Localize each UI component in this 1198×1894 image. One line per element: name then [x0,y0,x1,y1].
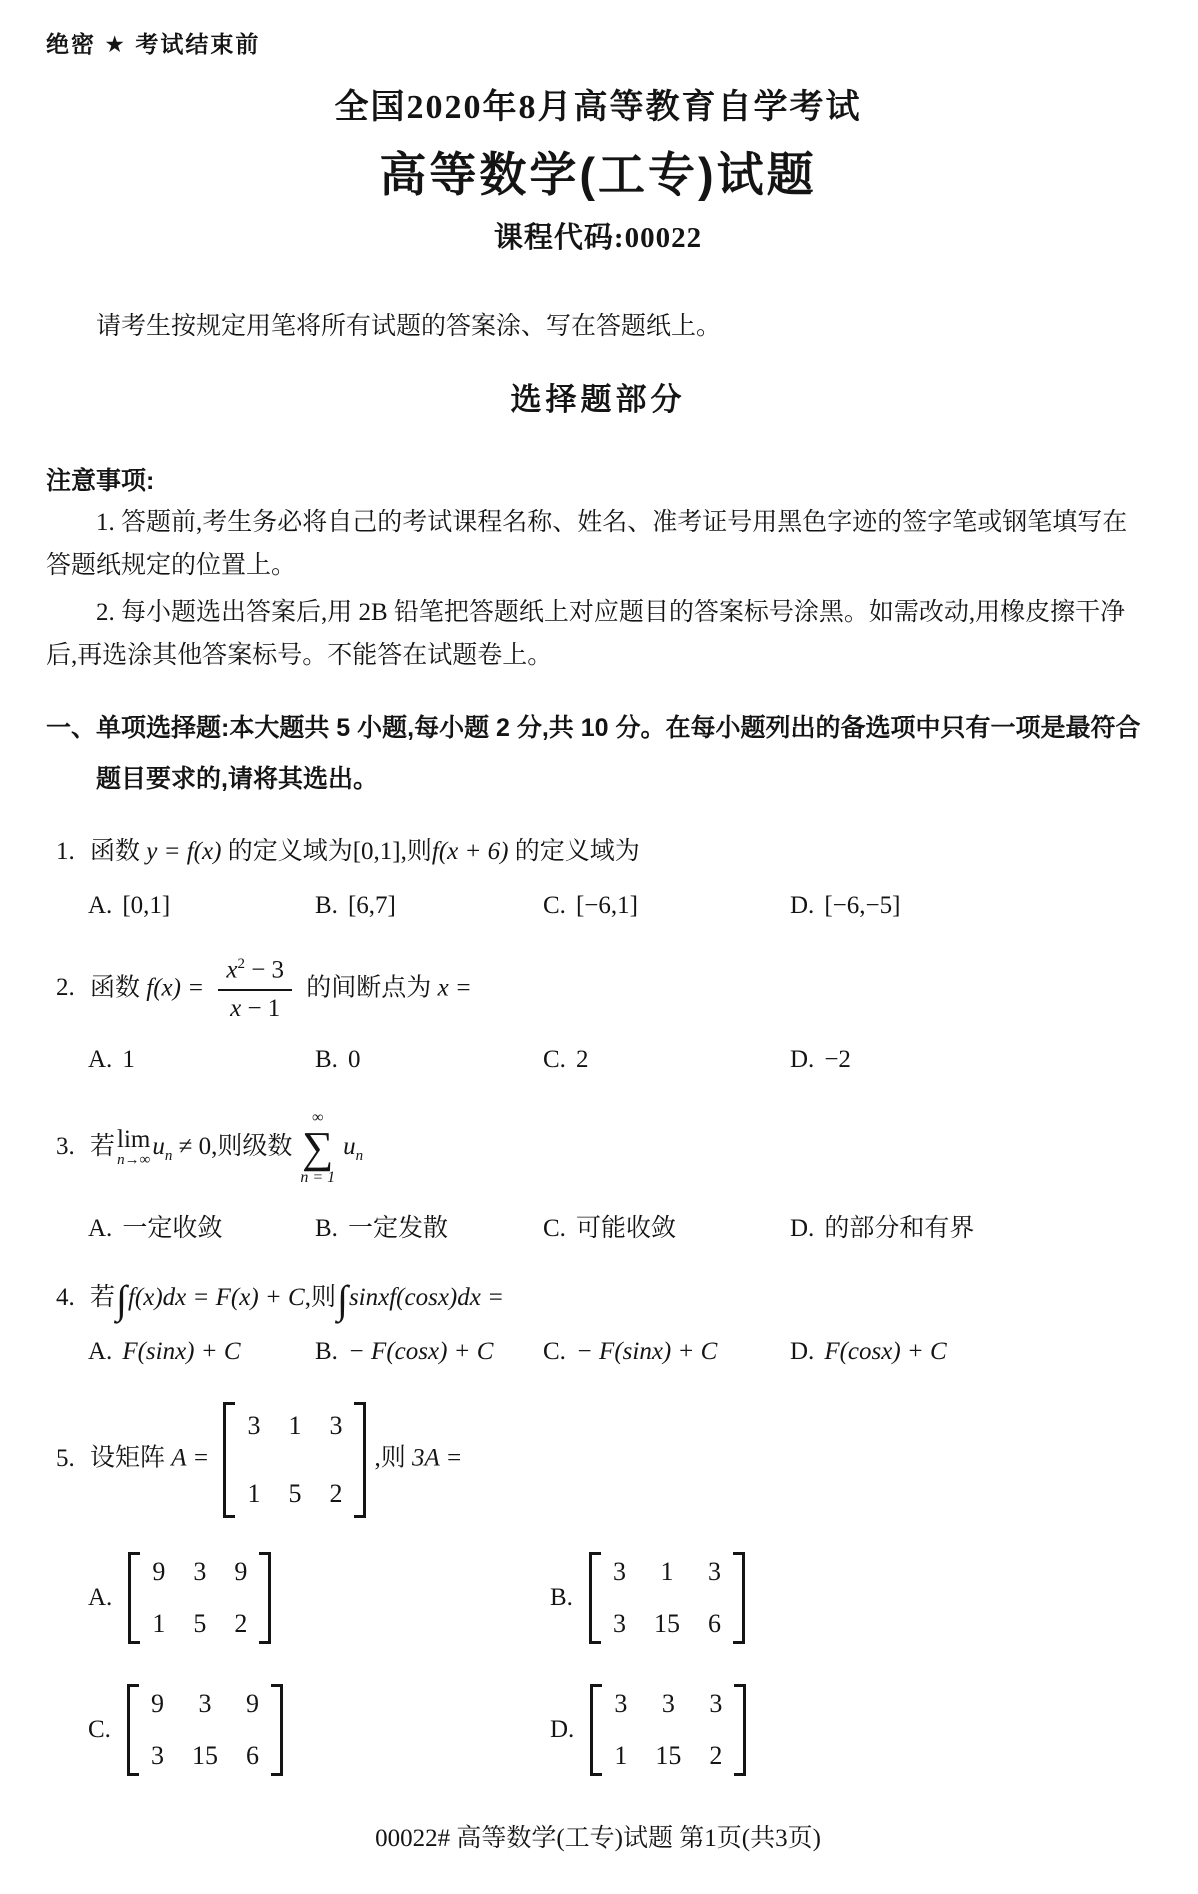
question-1-number: 1. [56,834,86,870]
variable: u [343,1133,356,1160]
matrix-cell: 6 [708,1609,721,1639]
question-2-option-a: A.1 [88,1046,315,1074]
stem-text: 的定义域为 [508,838,639,865]
matrix-left-bracket [128,1552,140,1644]
option-value: [−6,−5] [824,892,900,919]
summation-lower-limit: n = 1 [300,1170,335,1186]
question-4-option-a: A.F(sinx) + C [88,1338,315,1366]
matrix-grid: 3133156 [601,1552,733,1644]
question-2: 2.函数 f(x) = x2 − 3x − 1 的间断点为 x = A.1 B.… [46,956,1150,1074]
exponent: 2 [237,956,245,972]
question-4-number: 4. [56,1280,86,1316]
matrix-right-bracket [259,1552,271,1644]
stem-text: 的间断点为 [300,974,438,1001]
matrix-cell: 3 [247,1407,260,1445]
matrix-cell: 1 [614,1741,627,1771]
matrix-cell: 1 [152,1609,165,1639]
fraction-numerator: x2 − 3 [218,956,292,991]
matrix-right-bracket [271,1684,283,1776]
option-value: 一定收敛 [122,1215,222,1242]
math-expression: sinxf(cosx)dx = [349,1284,504,1311]
question-5-option-d: D. 3331152 [550,1684,1150,1776]
option-value: [0,1] [122,892,170,919]
exam-title: 全国2020年8月高等教育自学考试 [46,79,1150,128]
option-label: D. [790,1046,814,1073]
note-item-1: 1. 答题前,考生务必将自己的考试课程名称、姓名、准考证号用黑色字迹的签字笔或钢… [46,501,1150,587]
matrix-cell: 5 [193,1609,206,1639]
question-1-option-d: D.[−6,−5] [790,892,1150,920]
matrix-cell: 5 [288,1475,301,1513]
option-label: C. [543,1338,566,1365]
matrix-cell: 1 [288,1407,301,1445]
question-5-stem: 5.设矩阵 A = 313152,则 3A = [56,1402,1150,1517]
matrix-cell: 2 [234,1609,247,1639]
question-4-option-b: B.− F(cosx) + C [315,1338,543,1366]
variable-subscript: n [356,1148,364,1164]
question-2-option-c: C.2 [543,1046,790,1074]
stem-text: 若 [90,1284,115,1311]
option-value: 1 [122,1046,135,1073]
math-expression: x = [438,974,472,1001]
question-5-option-b: B. 3133156 [550,1552,1150,1644]
option-value: − F(sinx) + C [576,1338,717,1365]
option-matrix: 939152 [128,1552,271,1644]
question-1: 1.函数 y = f(x) 的定义域为[0,1],则f(x + 6) 的定义域为… [46,834,1150,920]
section-title: 选择题部分 [46,374,1150,419]
option-value: [6,7] [348,892,396,919]
option-value: 的部分和有界 [824,1215,974,1242]
question-1-options: A.[0,1] B.[6,7] C.[−6,1] D.[−6,−5] [88,892,1150,920]
matrix-cell: 3 [614,1689,627,1719]
question-3-options: A.一定收敛 B.一定发散 C.可能收敛 D.的部分和有界 [88,1208,1150,1244]
variable: x [226,956,237,983]
question-5-option-a: A. 939152 [88,1552,550,1644]
matrix-cell: 3 [151,1741,164,1771]
stem-text: 函数 [90,838,146,865]
matrix-cell: 3 [708,1557,721,1587]
paper-title: 高等数学(工专)试题 [46,138,1150,205]
option-value: F(sinx) + C [122,1338,240,1365]
question-4-options: A.F(sinx) + C B.− F(cosx) + C C.− F(sinx… [88,1338,1150,1366]
question-3-option-d: D.的部分和有界 [790,1208,1150,1244]
question-5-number: 5. [56,1441,86,1477]
question-3-number: 3. [56,1129,86,1165]
matrix-cell: 15 [192,1741,218,1771]
classification-label: 绝密 ★ 考试结束前 [46,26,1150,59]
notes-heading: 注意事项: [46,461,1150,497]
option-label: B. [315,1338,338,1365]
matrix-cell: 2 [709,1741,722,1771]
matrix-cell: 9 [152,1557,165,1587]
option-label: A. [88,1046,112,1073]
matrix-right-bracket [354,1402,366,1517]
option-value: 0 [348,1046,361,1073]
matrix-cell: 3 [655,1689,681,1719]
matrix-cell: 1 [654,1557,680,1587]
matrix-cell: 15 [654,1609,680,1639]
matrix-A: 313152 [223,1402,366,1517]
option-matrix: 3133156 [589,1552,745,1644]
matrix-right-bracket [734,1684,746,1776]
option-matrix: 3331152 [590,1684,746,1776]
matrix-cell: 3 [613,1609,626,1639]
question-1-stem: 1.函数 y = f(x) 的定义域为[0,1],则f(x + 6) 的定义域为 [56,834,1150,870]
part-one-heading: 一、单项选择题:本大题共 5 小题,每小题 2 分,共 10 分。在每小题列出的… [46,703,1150,806]
math-expression: f(x + 6) [432,838,509,865]
question-5-options: A. 939152 B. 3133156 C. 9393156 D. 33311… [88,1552,1150,1776]
math-interval: [0,1] [353,838,401,865]
question-4: 4.若∫f(x)dx = F(x) + C,则∫sinxf(cosx)dx = … [46,1280,1150,1366]
matrix-cell: 3 [193,1557,206,1587]
sigma-symbol: ∑ [302,1128,333,1168]
matrix-cell: 3 [329,1407,342,1445]
matrix-cell: 3 [613,1557,626,1587]
stem-text: ,则 [305,1284,336,1311]
question-3: 3.若limn→∞un ≠ 0,则级数∞∑n = 1un A.一定收敛 B.一定… [46,1110,1150,1245]
variable: x [230,995,241,1022]
summation-operator: ∞∑n = 1 [300,1110,335,1187]
option-label: D. [550,1716,574,1744]
math-expression: f(x)dx = F(x) + C [128,1284,305,1311]
limit-word: lim [117,1127,150,1153]
fraction-denominator: x − 1 [222,991,288,1024]
math-expression: 3A = [412,1445,462,1472]
question-3-stem: 3.若limn→∞un ≠ 0,则级数∞∑n = 1un [56,1110,1150,1187]
candidate-notice: 请考生按规定用笔将所有试题的答案涂、写在答题纸上。 [46,306,1150,342]
course-code: 课程代码:00022 [46,215,1150,256]
option-label: B. [315,1046,338,1073]
option-label: B. [550,1584,573,1612]
question-1-option-c: C.[−6,1] [543,892,790,920]
page-footer: 00022# 高等数学(工专)试题 第1页(共3页) [46,1818,1150,1854]
question-4-option-c: C.− F(sinx) + C [543,1338,790,1366]
note-item-2: 2. 每小题选出答案后,用 2B 铅笔把答题纸上对应题目的答案标号涂黑。如需改动… [46,591,1150,677]
limit-operator: limn→∞ [117,1127,150,1169]
option-label: A. [88,1215,112,1242]
matrix-grid: 939152 [140,1552,259,1644]
matrix-cell: 2 [329,1475,342,1513]
matrix-left-bracket [127,1684,139,1776]
option-label: D. [790,1338,814,1365]
matrix-cell: 3 [709,1689,722,1719]
option-label: B. [315,1215,338,1242]
option-label: C. [543,1046,566,1073]
exam-paper-page: 绝密 ★ 考试结束前 全国2020年8月高等教育自学考试 高等数学(工专)试题 … [0,0,1198,1894]
matrix-grid: 9393156 [139,1684,271,1776]
option-value: [−6,1] [576,892,638,919]
matrix-cell: 3 [192,1689,218,1719]
matrix-cell: 1 [247,1475,260,1513]
option-label: D. [790,1215,814,1242]
option-value: 2 [576,1046,589,1073]
math-expression: f(x) = [146,974,210,1001]
matrix-cell: 9 [234,1557,247,1587]
matrix-cell: 15 [655,1741,681,1771]
question-5: 5.设矩阵 A = 313152,则 3A = A. 939152 B. 313… [46,1402,1150,1775]
matrix-cell: 9 [246,1689,259,1719]
stem-text: 函数 [90,974,146,1001]
option-label: C. [543,892,566,919]
stem-text: 的定义域为 [221,838,352,865]
question-5-option-c: C. 9393156 [88,1684,550,1776]
question-2-stem: 2.函数 f(x) = x2 − 3x − 1 的间断点为 x = [56,956,1150,1024]
option-label: C. [543,1215,566,1242]
option-matrix: 9393156 [127,1684,283,1776]
integral-sign: ∫ [116,1277,127,1322]
option-label: C. [88,1716,111,1744]
option-label: A. [88,892,112,919]
question-2-options: A.1 B.0 C.2 D.−2 [88,1046,1150,1074]
math-expression: y = f(x) [146,838,221,865]
matrix-left-bracket [590,1684,602,1776]
matrix-grid: 3331152 [602,1684,734,1776]
variable: u [152,1133,165,1160]
question-4-stem: 4.若∫f(x)dx = F(x) + C,则∫sinxf(cosx)dx = [56,1280,1150,1316]
option-value: − F(cosx) + C [348,1338,494,1365]
stem-text: ,则 [374,1445,412,1472]
option-label: D. [790,892,814,919]
math-text: − 1 [241,995,280,1022]
limit-subscript: n→∞ [117,1153,150,1169]
question-1-option-a: A.[0,1] [88,892,315,920]
math-text: − 3 [245,956,284,983]
question-3-option-a: A.一定收敛 [88,1208,315,1244]
integral-sign: ∫ [337,1277,348,1322]
stem-text: 设矩阵 [90,1445,171,1472]
question-2-option-b: B.0 [315,1046,543,1074]
question-3-option-c: C.可能收敛 [543,1208,790,1244]
question-2-number: 2. [56,970,86,1006]
question-4-option-d: D.F(cosx) + C [790,1338,1150,1366]
question-3-option-b: B.一定发散 [315,1208,543,1244]
matrix-grid: 313152 [235,1402,354,1517]
matrix-left-bracket [589,1552,601,1644]
fraction: x2 − 3x − 1 [218,956,292,1024]
matrix-cell: 9 [151,1689,164,1719]
question-2-option-d: D.−2 [790,1046,1150,1074]
option-label: A. [88,1584,112,1612]
question-1-option-b: B.[6,7] [315,892,543,920]
option-value: −2 [824,1046,851,1073]
option-label: A. [88,1338,112,1365]
option-value: 一定发散 [348,1215,448,1242]
matrix-cell: 6 [246,1741,259,1771]
option-label: B. [315,892,338,919]
stem-text: 若 [90,1133,115,1160]
matrix-right-bracket [733,1552,745,1644]
matrix-left-bracket [223,1402,235,1517]
math-expression: A = [171,1445,215,1472]
stem-text: ,则 [401,838,432,865]
stem-text: ≠ 0,则级数 [172,1133,292,1160]
option-value: F(cosx) + C [824,1338,946,1365]
option-value: 可能收敛 [576,1215,676,1242]
